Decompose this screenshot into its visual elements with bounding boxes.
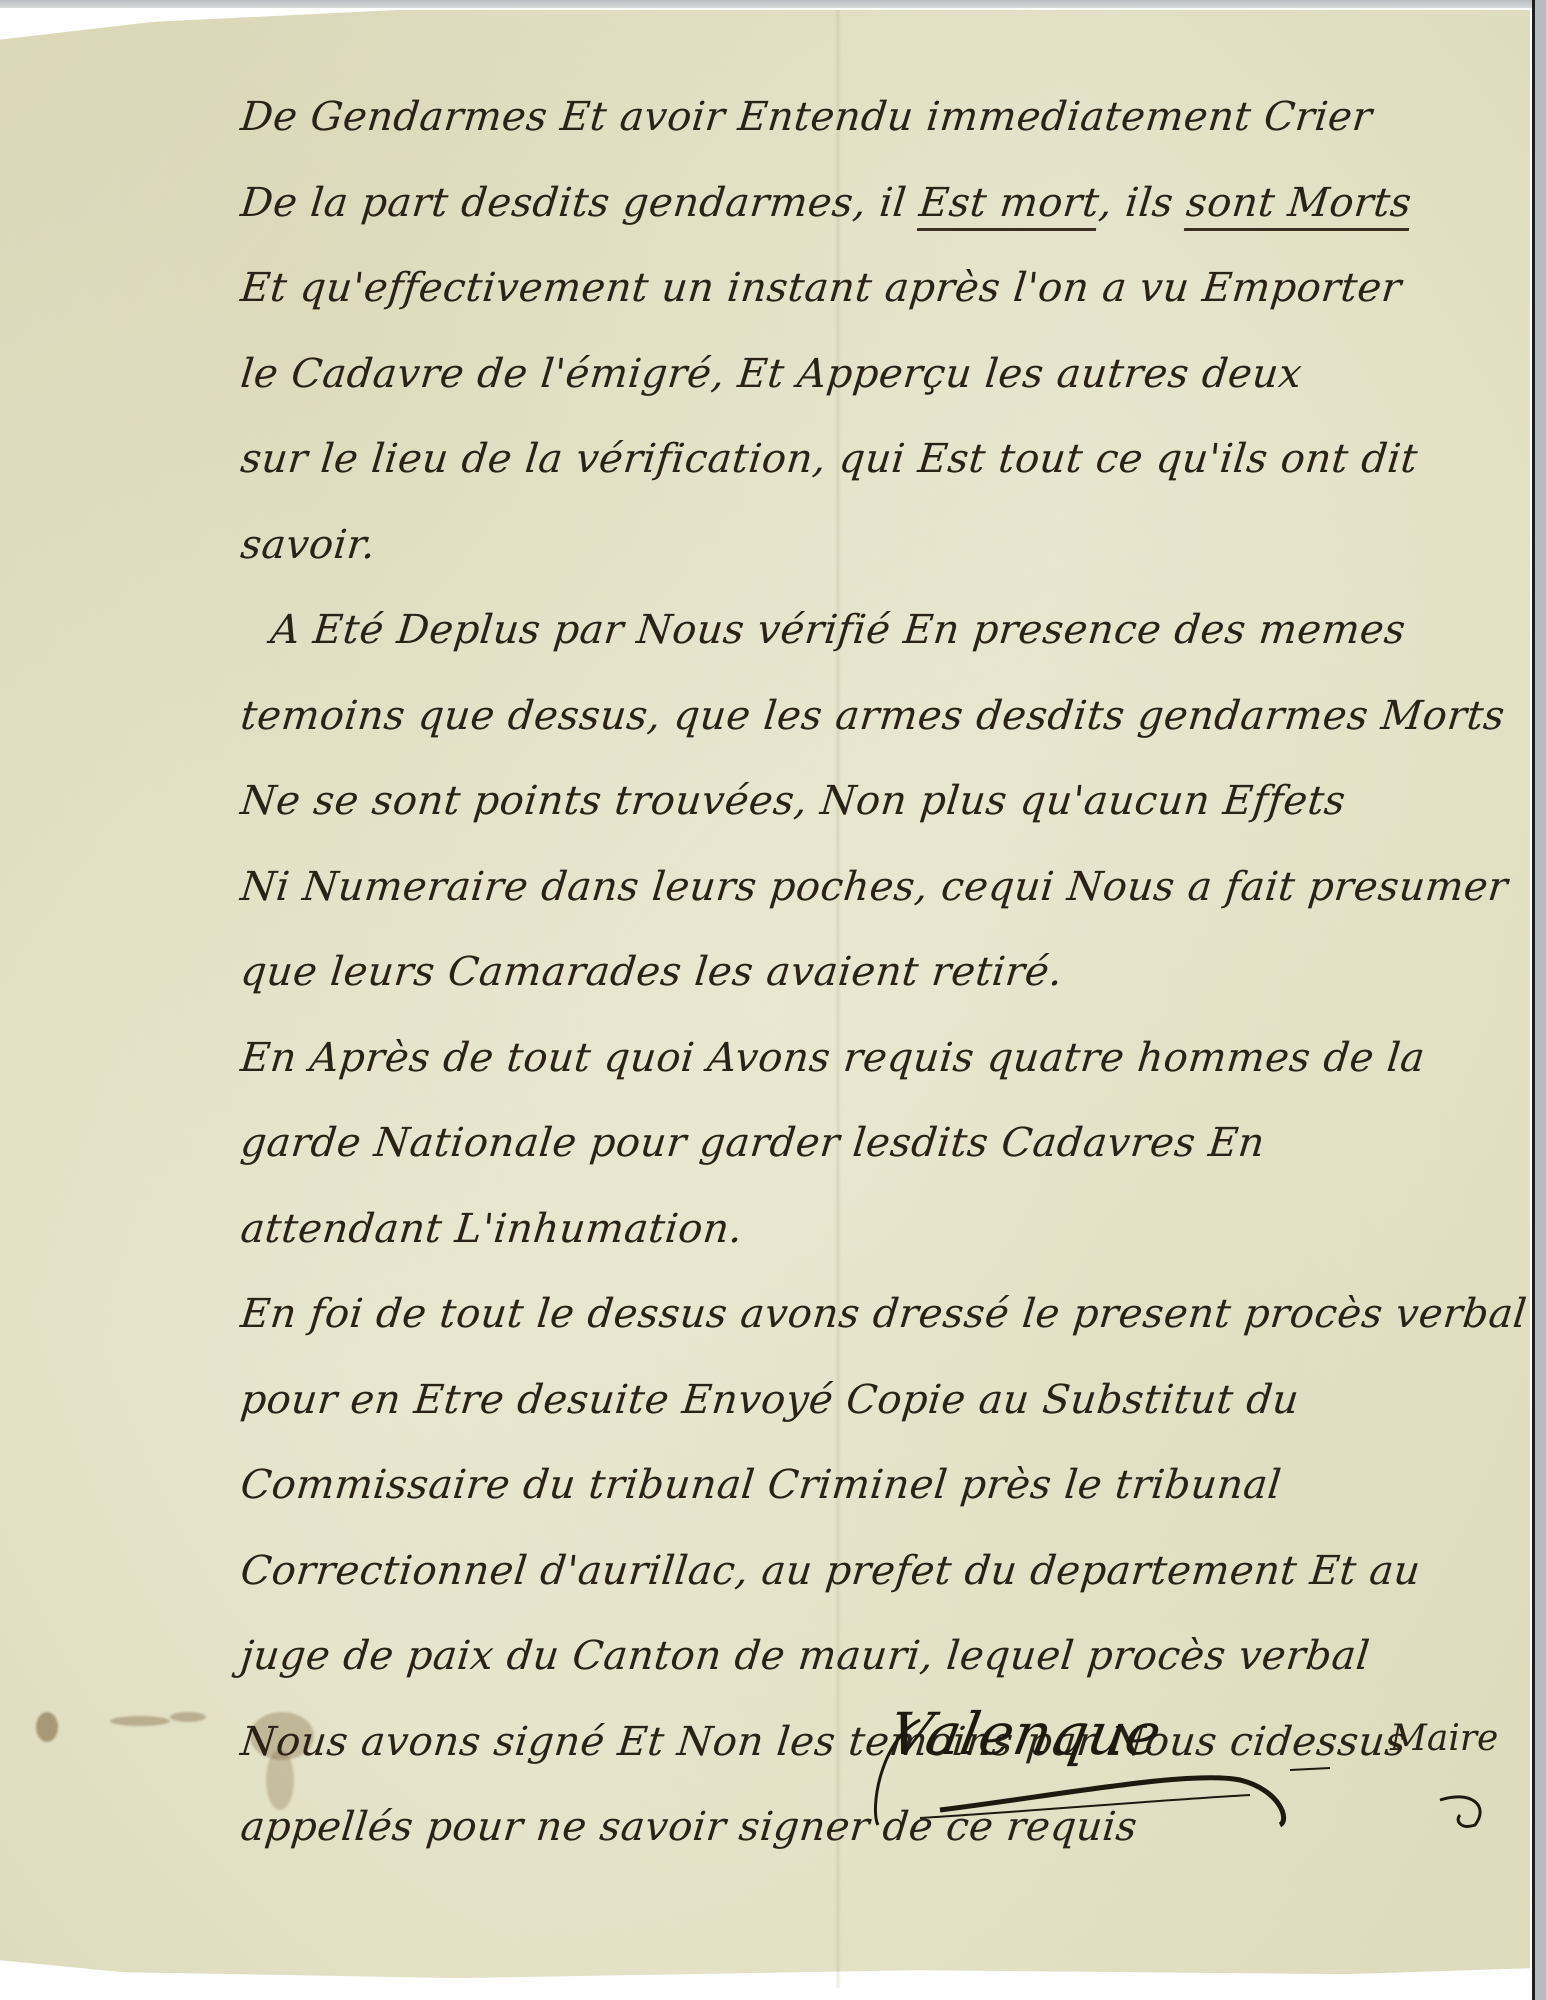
ink-stain [36, 1712, 58, 1742]
text-line-2-segment: , ils [1097, 180, 1189, 226]
text-line-8: temoins que dessus, que les armes desdit… [236, 681, 1485, 767]
scanned-page: De Gendarmes Et avoir Entendu immediatem… [0, 0, 1546, 2000]
text-line-19: juge de paix du Canton de mauri, lequel … [236, 1621, 1485, 1707]
signature-title: Maire [1390, 1718, 1498, 1759]
text-line-2-segment: De la part desdits gendarmes, il [238, 180, 922, 226]
ink-stain [110, 1716, 170, 1726]
underlined-phrase-est-mort: Est mort [917, 180, 1102, 231]
signature-block: Valenque Maire [860, 1700, 1500, 1830]
text-line-4: le Cadavre de l'émigré, Et Apperçu les a… [236, 339, 1485, 425]
scanner-bed-right-edge [1532, 0, 1546, 2000]
text-line-7: A Eté Deplus par Nous vérifié En presenc… [236, 595, 1485, 681]
text-line-6: savoir. [236, 510, 1485, 596]
underlined-phrase-sont-morts: sont Morts [1184, 180, 1414, 231]
text-line-9: Ne se sont points trouvées, Non plus qu'… [236, 766, 1485, 852]
text-line-13: garde Nationale pour garder lesdits Cada… [236, 1108, 1485, 1194]
text-line-15: En foi de tout le dessus avons dressé le… [236, 1279, 1485, 1365]
text-line-12: En Après de tout quoi Avons requis quatr… [236, 1023, 1485, 1109]
ink-stain [170, 1712, 206, 1722]
text-line-16: pour en Etre desuite Envoyé Copie au Sub… [236, 1365, 1485, 1451]
text-line-10: Ni Numeraire dans leurs poches, cequi No… [236, 852, 1485, 938]
text-line-17: Commissaire du tribunal Criminel près le… [236, 1450, 1485, 1536]
scanner-bed-top-edge [0, 0, 1546, 8]
manuscript-text: De Gendarmes Et avoir Entendu immediatem… [240, 82, 1480, 1878]
signature-name: Valenque [884, 1700, 1166, 1768]
text-line-3: Et qu'effectivement un instant après l'o… [236, 253, 1485, 339]
text-line-14: attendant L'inhumation. [236, 1194, 1485, 1280]
text-line-2: De la part desdits gendarmes, il Est mor… [236, 168, 1485, 254]
text-line-11: que leurs Camarades les avaient retiré. [236, 937, 1485, 1023]
text-line-1: De Gendarmes Et avoir Entendu immediatem… [236, 82, 1485, 168]
text-line-18: Correctionnel d'aurillac, au prefet du d… [236, 1536, 1485, 1622]
text-line-5: sur le lieu de la vérification, qui Est … [236, 424, 1485, 510]
